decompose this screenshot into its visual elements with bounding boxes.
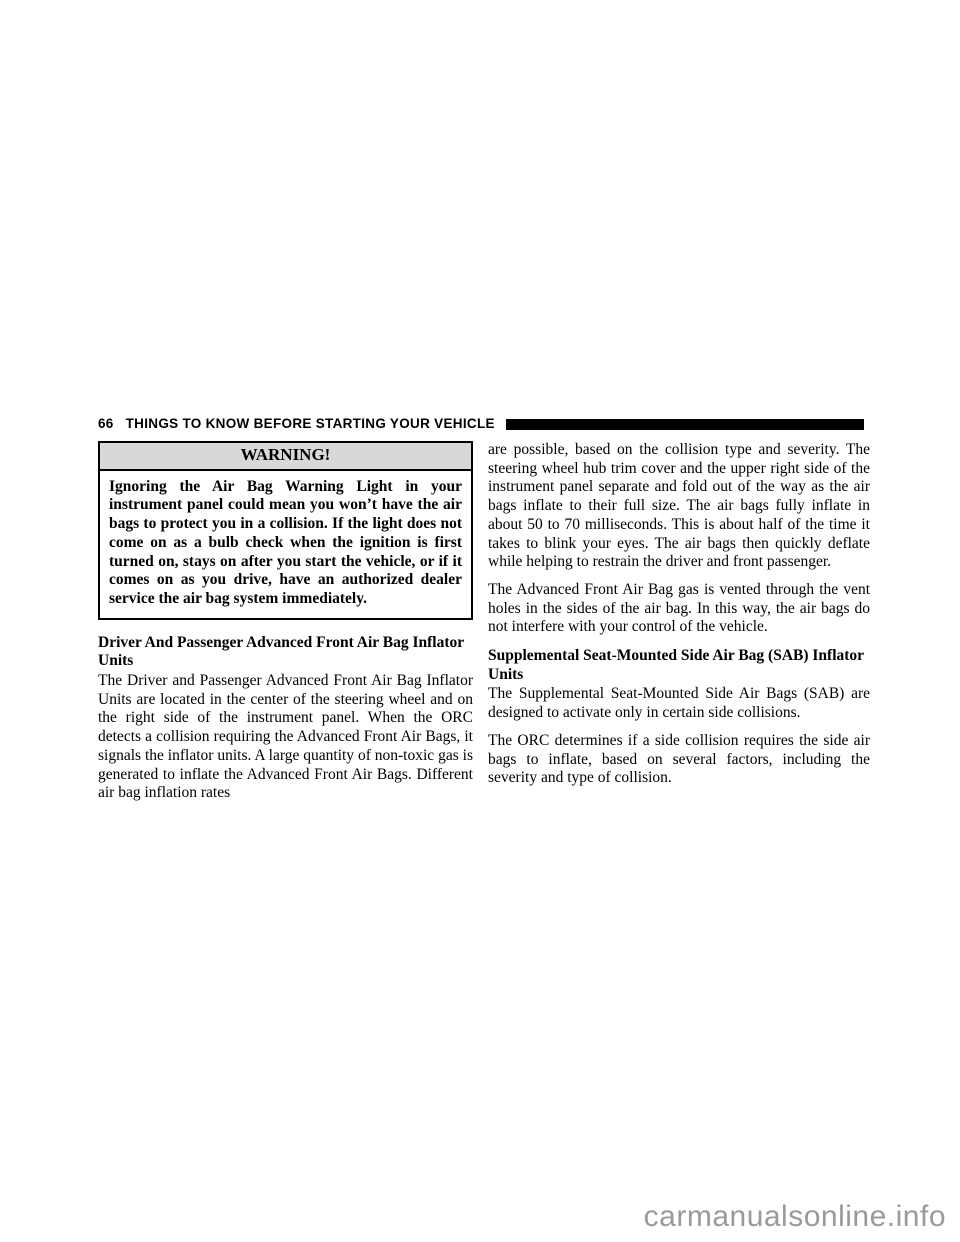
section-heading-front-airbag-inflators: Driver And Passenger Advanced Front Air …	[98, 634, 473, 671]
running-header: 66 THINGS TO KNOW BEFORE STARTING YOUR V…	[98, 416, 864, 431]
header-rule-bar	[506, 419, 864, 430]
manual-page: 66 THINGS TO KNOW BEFORE STARTING YOUR V…	[0, 0, 960, 1242]
paragraph: are possible, based on the collision typ…	[488, 441, 870, 572]
chapter-title: THINGS TO KNOW BEFORE STARTING YOUR VEHI…	[126, 416, 495, 431]
right-column: are possible, based on the collision typ…	[488, 441, 870, 803]
watermark-text: carmanualsonline.info	[644, 1200, 946, 1234]
page-number: 66	[98, 416, 114, 431]
warning-box: WARNING! Ignoring the Air Bag Warning Li…	[98, 441, 473, 620]
paragraph: The Supplemental Seat-Mounted Side Air B…	[488, 685, 870, 722]
warning-box-body: Ignoring the Air Bag Warning Light in yo…	[100, 471, 471, 618]
paragraph: The Advanced Front Air Bag gas is vented…	[488, 581, 870, 637]
left-column: WARNING! Ignoring the Air Bag Warning Li…	[98, 441, 473, 803]
warning-box-title: WARNING!	[100, 443, 471, 471]
section-heading-side-airbag-inflators: Supplemental Seat-Mounted Side Air Bag (…	[488, 647, 870, 684]
two-column-body: WARNING! Ignoring the Air Bag Warning Li…	[98, 441, 870, 803]
paragraph: The ORC determines if a side collision r…	[488, 732, 870, 788]
paragraph: The Driver and Passenger Advanced Front …	[98, 672, 473, 803]
